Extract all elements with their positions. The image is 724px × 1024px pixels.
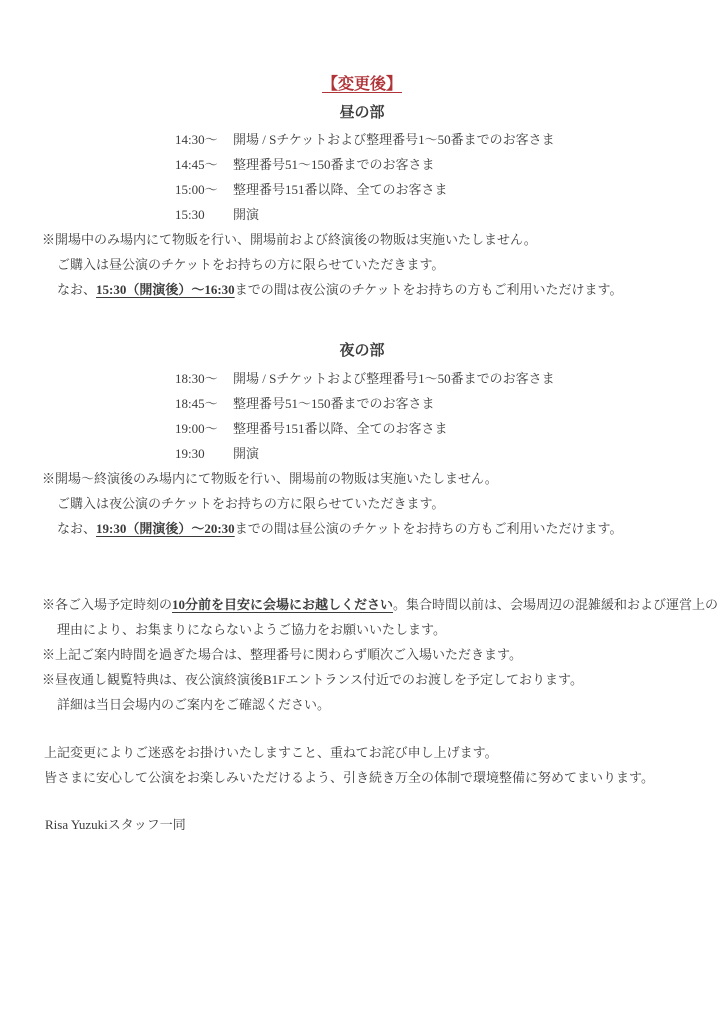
schedule-time: 15:00〜 xyxy=(175,177,233,202)
night-section: 夜の部 18:30〜開場 / Sチケットおよび整理番号1〜50番までのお客さま … xyxy=(0,341,724,541)
closing-message: 上記変更によりご迷惑をお掛けいたしますこと、重ねてお詫び申し上げます。 皆さまに… xyxy=(0,740,724,790)
schedule-row: 15:30開演 xyxy=(0,202,724,227)
schedule-row: 18:45〜整理番号51〜150番までのお客さま xyxy=(0,391,724,416)
schedule-time: 19:30 xyxy=(175,441,233,466)
schedule-desc: 整理番号51〜150番までのお客さま xyxy=(233,396,435,411)
night-note-2: ご購入は夜公演のチケットをお持ちの方に限らせていただきます。 xyxy=(0,491,724,516)
night-notes: ※開場〜終演後のみ場内にて物販を行い、開場前の物販は実施いたしません。 ご購入は… xyxy=(0,466,724,541)
general-note-2: ※上記ご案内時間を過ぎた場合は、整理番号に関わらず順次ご入場いただきます。 xyxy=(0,642,724,667)
night-note-3-pre: なお、 xyxy=(57,521,96,536)
schedule-desc: 整理番号51〜150番までのお客さま xyxy=(233,157,435,172)
day-section: 昼の部 14:30〜開場 / Sチケットおよび整理番号1〜50番までのお客さま … xyxy=(0,103,724,302)
schedule-desc: 整理番号151番以降、全てのお客さま xyxy=(233,182,448,197)
signature: Risa Yuzukiスタッフ一同 xyxy=(0,812,724,837)
closing-line-1: 上記変更によりご迷惑をお掛けいたしますこと、重ねてお詫び申し上げます。 xyxy=(0,740,724,765)
general-note-1-emphasis: 10分前を目安に会場にお越しください xyxy=(172,597,393,612)
schedule-row: 19:00〜整理番号151番以降、全てのお客さま xyxy=(0,416,724,441)
night-note-3-post: までの間は昼公演のチケットをお持ちの方もご利用いただけます。 xyxy=(235,521,623,536)
schedule-time: 14:45〜 xyxy=(175,152,233,177)
schedule-row: 19:30開演 xyxy=(0,441,724,466)
general-note-1: ※各ご入場予定時刻の10分前を目安に会場にお越しください。集合時間以前は、会場周… xyxy=(0,592,724,617)
announcement-document: 【変更後】 昼の部 14:30〜開場 / Sチケットおよび整理番号1〜50番まで… xyxy=(0,0,724,1024)
schedule-desc: 整理番号151番以降、全てのお客さま xyxy=(233,421,448,436)
night-note-1: ※開場〜終演後のみ場内にて物販を行い、開場前の物販は実施いたしません。 xyxy=(0,466,724,491)
page-title: 【変更後】 xyxy=(0,75,724,95)
night-note-3: なお、19:30（開演後）〜20:30までの間は昼公演のチケットをお持ちの方もご… xyxy=(0,516,724,541)
schedule-time: 15:30 xyxy=(175,202,233,227)
schedule-time: 19:00〜 xyxy=(175,416,233,441)
schedule-time: 14:30〜 xyxy=(175,127,233,152)
night-note-3-time-range: 19:30（開演後）〜20:30 xyxy=(96,521,235,536)
schedule-time: 18:45〜 xyxy=(175,391,233,416)
day-note-2: ご購入は昼公演のチケットをお持ちの方に限らせていただきます。 xyxy=(0,252,724,277)
general-note-1-line2: 理由により、お集まりにならないようご協力をお願いいたします。 xyxy=(0,617,724,642)
closing-line-2: 皆さまに安心して公演をお楽しみいただけるよう、引き続き万全の体制で環境整備に努め… xyxy=(0,765,724,790)
general-note-1-post: 。集合時間以前は、会場周辺の混雑緩和および運営上の xyxy=(393,597,718,612)
schedule-desc: 開演 xyxy=(233,446,259,461)
day-note-1: ※開場中のみ場内にて物販を行い、開場前および終演後の物販は実施いたしません。 xyxy=(0,227,724,252)
schedule-row: 18:30〜開場 / Sチケットおよび整理番号1〜50番までのお客さま xyxy=(0,366,724,391)
day-heading: 昼の部 xyxy=(0,103,724,123)
day-note-3-time-range: 15:30（開演後）〜16:30 xyxy=(96,282,235,297)
schedule-desc: 開演 xyxy=(233,207,259,222)
day-notes: ※開場中のみ場内にて物販を行い、開場前および終演後の物販は実施いたしません。 ご… xyxy=(0,227,724,302)
schedule-row: 14:45〜整理番号51〜150番までのお客さま xyxy=(0,152,724,177)
day-schedule: 14:30〜開場 / Sチケットおよび整理番号1〜50番までのお客さま 14:4… xyxy=(0,127,724,227)
day-note-3: なお、15:30（開演後）〜16:30までの間は夜公演のチケットをお持ちの方もご… xyxy=(0,277,724,302)
schedule-desc: 開場 / Sチケットおよび整理番号1〜50番までのお客さま xyxy=(233,132,555,147)
night-heading: 夜の部 xyxy=(0,341,724,361)
day-note-3-pre: なお、 xyxy=(57,282,96,297)
general-note-3-line2: 詳細は当日会場内のご案内をご確認ください。 xyxy=(0,692,724,717)
schedule-row: 15:00〜整理番号151番以降、全てのお客さま xyxy=(0,177,724,202)
general-notes: ※各ご入場予定時刻の10分前を目安に会場にお越しください。集合時間以前は、会場周… xyxy=(0,592,724,717)
general-note-1-pre: ※各ご入場予定時刻の xyxy=(42,597,172,612)
schedule-row: 14:30〜開場 / Sチケットおよび整理番号1〜50番までのお客さま xyxy=(0,127,724,152)
general-note-3: ※昼夜通し観覧特典は、夜公演終演後B1Fエントランス付近でのお渡しを予定しており… xyxy=(0,667,724,692)
schedule-time: 18:30〜 xyxy=(175,366,233,391)
schedule-desc: 開場 / Sチケットおよび整理番号1〜50番までのお客さま xyxy=(233,371,555,386)
night-schedule: 18:30〜開場 / Sチケットおよび整理番号1〜50番までのお客さま 18:4… xyxy=(0,366,724,466)
day-note-3-post: までの間は夜公演のチケットをお持ちの方もご利用いただけます。 xyxy=(235,282,623,297)
